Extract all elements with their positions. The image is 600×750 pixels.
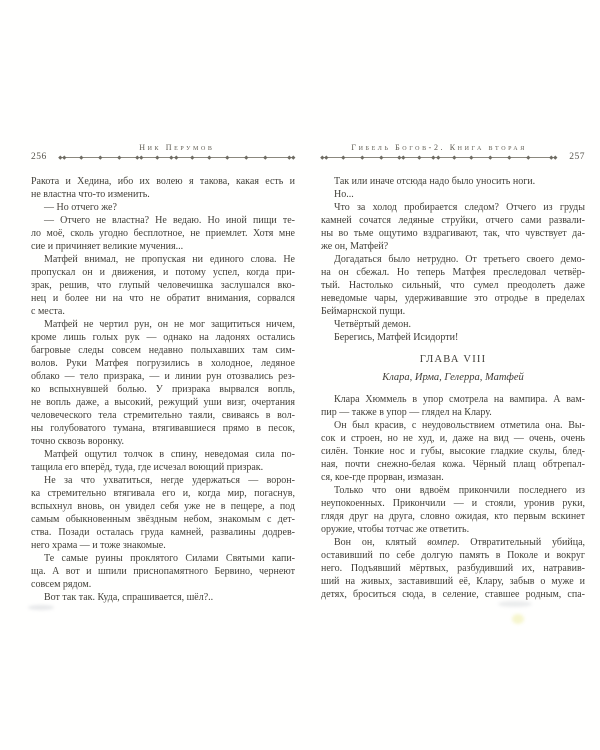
ornament-diamond (431, 156, 435, 160)
page-right: Гибель Богов-2. Книга вторая 257 Так или… (321, 143, 585, 601)
text-line: кроме лишь голых рук — однако на ладонях… (31, 331, 295, 344)
text-line: же он, Матфей? (321, 240, 585, 253)
text-line: точно сквозь воронку. (31, 435, 295, 448)
ornament-diamond (469, 156, 473, 160)
running-title-right: Гибель Богов-2. Книга вторая (321, 143, 557, 152)
text-line: Так или иначе отсюда надо было уносить н… (321, 175, 585, 188)
paragraph: Клара Хюммель в упор смотрела на вампира… (321, 393, 585, 419)
ornament-diamond (135, 156, 139, 160)
paragraph: — Отчего не властна? Не ведаю. Но иной п… (31, 214, 295, 253)
paragraph: Не за что ухватиться, негде удержаться —… (31, 474, 295, 552)
text-line: ший на живых, заставивший её, Клару, заб… (321, 575, 585, 588)
ornament-diamond (169, 156, 173, 160)
text-line: — Но отчего же? (31, 201, 295, 214)
page-body-left: Ракота и Хедина, ибо их волею я такова, … (31, 175, 295, 604)
text-line: — Отчего не властна? Не ведаю. Но иной п… (31, 214, 295, 227)
chapter-title: ГЛАВА VIII (321, 353, 585, 367)
scan-artifact (512, 614, 524, 624)
ornament-diamond (292, 156, 296, 160)
ornament-diamond (117, 156, 121, 160)
paragraph: Ракота и Хедина, ибо их волею я такова, … (31, 175, 295, 201)
ornament-diamond (62, 156, 66, 160)
ornament-diamond (436, 156, 440, 160)
text-line: Догадаться было нетрудно. От третьего св… (321, 253, 585, 266)
running-title-left: Ник Перумов (59, 143, 295, 152)
text-line: Вот так так. Куда, спрашивается, шёл?.. (31, 591, 295, 604)
text-line: ная, почти снежно-белая кожа. Чёрный пла… (321, 458, 585, 471)
text-line: сие и причиняет великие мучения... (31, 240, 295, 253)
header-ornament-left (59, 155, 295, 160)
text-line: Те самые руины проклятого Силами Святыми… (31, 552, 295, 565)
text-line: Не за что ухватиться, негде удержаться —… (31, 474, 295, 487)
book-scan: 256 Ник Перумов Ракота и Хедина, ибо их … (0, 0, 600, 750)
header-ornament-right (321, 155, 557, 160)
text-line: Что за холод пробирается следом? Отчего … (321, 201, 585, 214)
chapter-subtitle: Клара, Ирма, Гелерра, Матфей (321, 371, 585, 385)
paragraph: Те самые руины проклятого Силами Святыми… (31, 552, 295, 591)
paragraph: Вот так так. Куда, спрашивается, шёл?.. (31, 591, 295, 604)
ornament-diamond (264, 156, 268, 160)
scan-artifact (28, 605, 54, 610)
text-line: Только что они вдвоём прикончили последн… (321, 484, 585, 497)
running-head-left: 256 Ник Перумов (31, 143, 295, 160)
text-line: Клара Хюммель в упор смотрела на вампира… (321, 393, 585, 406)
ornament-diamond (453, 156, 457, 160)
ornament-diamond (342, 156, 346, 160)
paragraph: Матфей ощутил толчок в спину, неведомая … (31, 448, 295, 474)
text-line: Беймарнской пущи. (321, 305, 585, 318)
text-line: облако — тело призрака, — и линии рун от… (31, 370, 295, 383)
page-number-left: 256 (31, 152, 47, 162)
ornament-diamond (245, 156, 249, 160)
paragraph: Но... (321, 188, 585, 201)
text-line: вспыхнул вновь, он увидел себя уже не в … (31, 500, 295, 513)
text-line: человеческого тела стремительно таяли, с… (31, 409, 295, 422)
text-line: Он был красив, с неудовольствием отметил… (321, 419, 585, 432)
ornament-diamond (507, 156, 511, 160)
text-line: Но... (321, 188, 585, 201)
text-line: с места. (31, 305, 295, 318)
text-line: камней сочатся ледяные струйки, отчего с… (321, 214, 585, 227)
ornament-diamond (401, 156, 405, 160)
paragraph: Так или иначе отсюда надо было уносить н… (321, 175, 585, 188)
text-line: Вон он, клятый вомпер. Отвратительный уб… (321, 536, 585, 549)
paragraph: Берегись, Матфей Исидорти! (321, 331, 585, 344)
paragraph: — Но отчего же? (31, 201, 295, 214)
ornament-diamond (58, 156, 62, 160)
ornament-diamond (488, 156, 492, 160)
text-line: Четвёртый демон. (321, 318, 585, 331)
text-line: ства. Позади осталась груда камней, разв… (31, 526, 295, 539)
ornament-diamond (397, 156, 401, 160)
text-line: на он сбежал. Но теперь Матфея преследов… (321, 266, 585, 279)
paragraph: Матфей внимал, не пропуская ни единого с… (31, 253, 295, 318)
text-line: совсем рядом. (31, 578, 295, 591)
text-line: багровые следы совсем недавно полыхавших… (31, 344, 295, 357)
ornament-diamond (79, 156, 83, 160)
text-line: тащила его вперёд, туда, где исчезал вою… (31, 461, 295, 474)
ornament-diamond (98, 156, 102, 160)
paragraph: Что за холод пробирается следом? Отчего … (321, 201, 585, 253)
text-line: него. Подъявший мёртвых, разбудивший их,… (321, 562, 585, 575)
ornament-diamond (155, 156, 159, 160)
running-head-right: Гибель Богов-2. Книга вторая 257 (321, 143, 585, 160)
text-line: ка стремительно втягивала его и, когда м… (31, 487, 295, 500)
text-line: него храма — и тоже знакомые. (31, 539, 295, 552)
text-line: зрак, решив, что глупый человечишка засл… (31, 279, 295, 292)
ornament-diamond (361, 156, 365, 160)
text-line: ща. А вот и шпили приснопамятного Бервин… (31, 565, 295, 578)
ornament-diamond (526, 156, 530, 160)
page-left: 256 Ник Перумов Ракота и Хедина, ибо их … (31, 143, 295, 604)
text-line: ны во тьме ощутимо вздрагивают, так, что… (321, 227, 585, 240)
text-line: Берегись, Матфей Исидорти! (321, 331, 585, 344)
text-line: пропускал он и движения, и потому успел,… (31, 266, 295, 279)
text-line: Ракота и Хедина, ибо их волею я такова, … (31, 175, 295, 188)
ornament-diamond (325, 156, 329, 160)
text-line: не властна что-то изменить. (31, 188, 295, 201)
text-line: неупокоенных. Прикончили — и стояли, уро… (321, 497, 585, 510)
ornament-diamond (207, 156, 211, 160)
ornament-diamond (417, 156, 421, 160)
text-line: Матфей не чертил рун, он не мог защитить… (31, 318, 295, 331)
text-line: сок и строен, но не худ, и, даже на вид … (321, 432, 585, 445)
paragraph: Четвёртый демон. (321, 318, 585, 331)
text-line: тый. Настолько сильный, что сумел преодо… (321, 279, 585, 292)
paragraph: Только что они вдвоём прикончили последн… (321, 484, 585, 536)
paragraph: Догадаться было нетрудно. От третьего св… (321, 253, 585, 318)
text-line: силён. Тонкие нос и губы, высокие гладки… (321, 445, 585, 458)
text-line: оставивший по себе долгую память в Покол… (321, 549, 585, 562)
text-line: не вопль даже, а высокий, режущий уши ви… (31, 396, 295, 409)
text-line: волов. Руки Матфея погрузились в холодно… (31, 357, 295, 370)
paragraph: Он был красив, с неудовольствием отметил… (321, 419, 585, 484)
text-line: ко вспыхнувшей болью. У призрака вырвалс… (31, 383, 295, 396)
page-body-right: Так или иначе отсюда надо было уносить н… (321, 175, 585, 601)
ornament-diamond (139, 156, 143, 160)
ornament-diamond (380, 156, 384, 160)
text-line: ны голубоватого тумана, втягивавшиеся пр… (31, 422, 295, 435)
text-line: неведомые чары, удерживавшие это отродье… (321, 292, 585, 305)
ornament-diamond (226, 156, 230, 160)
text-line: Матфей ощутил толчок в спину, неведомая … (31, 448, 295, 461)
text-line: глядя друг на друга, словно ожидая, кто … (321, 510, 585, 523)
ornament-diamond (287, 156, 291, 160)
text-line: ло моё, сколь угодно бесплотное, не прие… (31, 227, 295, 240)
page-number-right: 257 (569, 152, 585, 162)
ornament-diamond (174, 156, 178, 160)
text-line: нец и более ни на что не обратит внимани… (31, 292, 295, 305)
text-line: оружие, чтобы тотчас же ответить. (321, 523, 585, 536)
text-line: ся, кое-где прорван, измазан. (321, 471, 585, 484)
ornament-diamond (191, 156, 195, 160)
scan-artifact (498, 601, 532, 607)
paragraph: Матфей не чертил рун, он не мог защитить… (31, 318, 295, 448)
paragraph: Вон он, клятый вомпер. Отвратительный уб… (321, 536, 585, 601)
ornament-diamond (554, 156, 558, 160)
text-line: детях, броситься сюда, в селение, ставше… (321, 588, 585, 601)
text-line: Матфей внимал, не пропуская ни единого с… (31, 253, 295, 266)
text-line: пир — также в упор — глядел на Клару. (321, 406, 585, 419)
text-line: самым обыкновенным звёздным небом, знако… (31, 513, 295, 526)
